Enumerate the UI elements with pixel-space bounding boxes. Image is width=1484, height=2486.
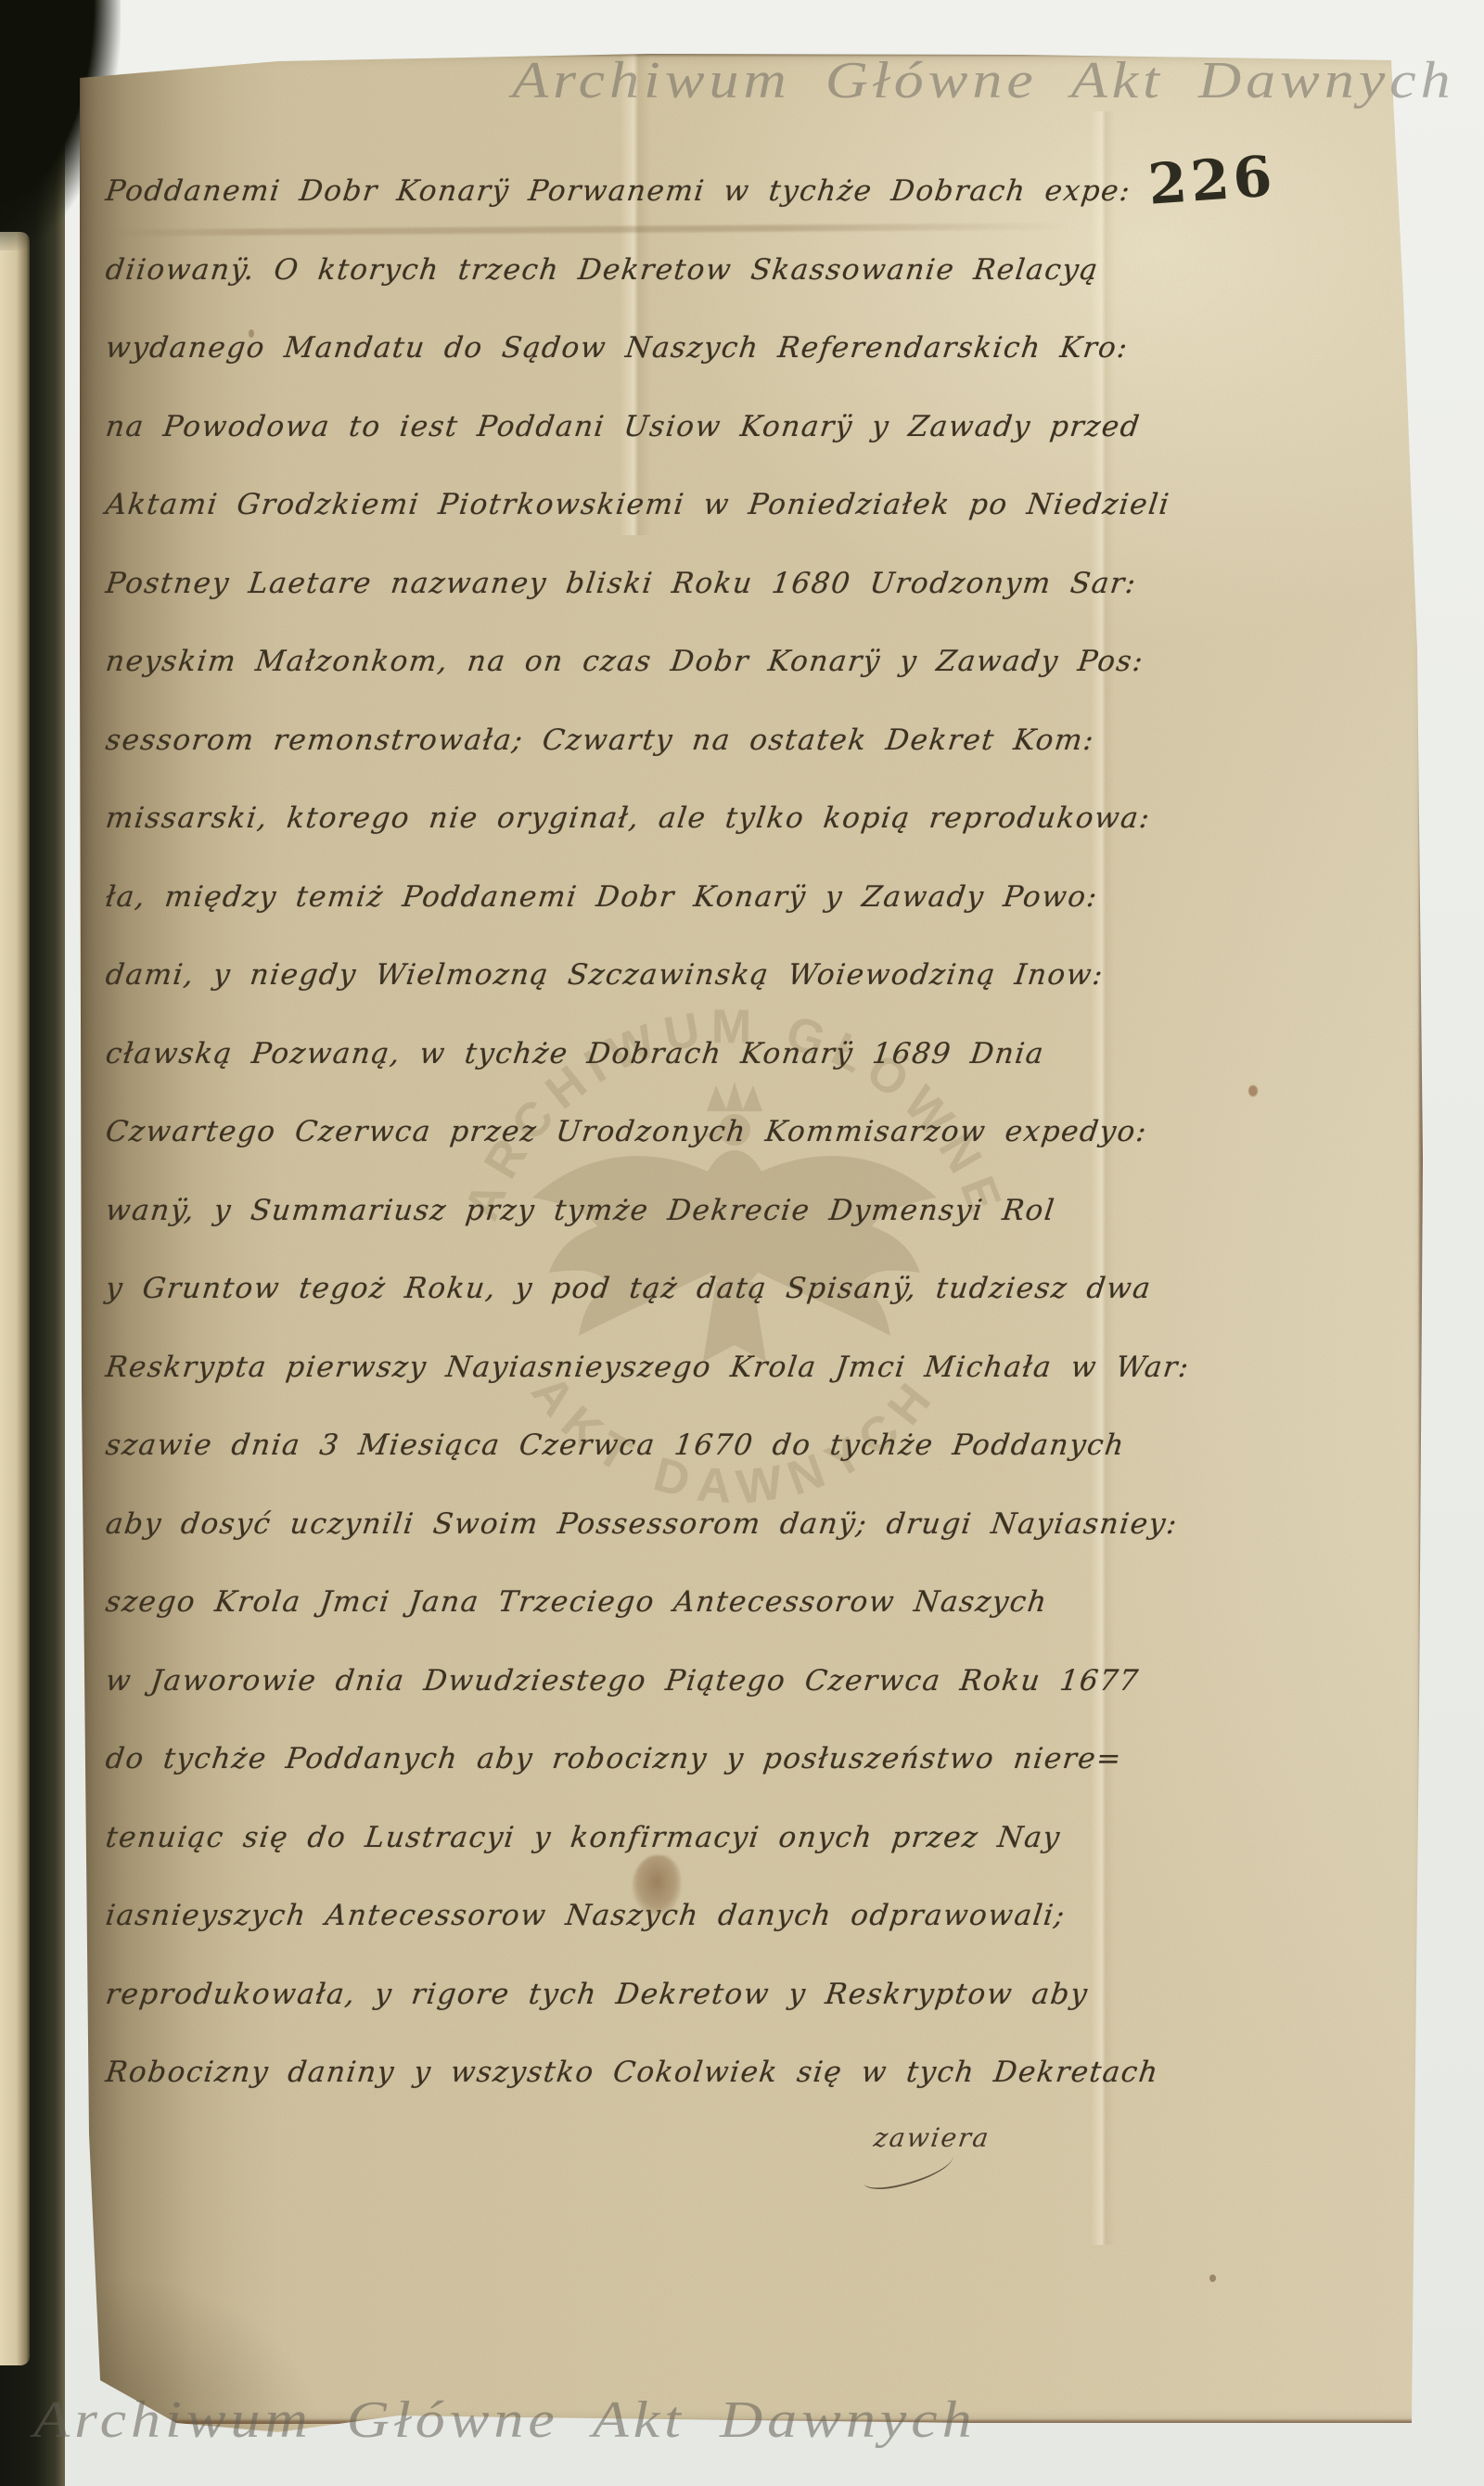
scanned-manuscript: ARCHIWUM GŁÓWNE AKT DAWNYCH Poddanemi — [0, 0, 1484, 2486]
manuscript-page: ARCHIWUM GŁÓWNE AKT DAWNYCH Poddanemi — [0, 0, 1484, 2486]
page-number: 226 — [1146, 144, 1278, 217]
page-edge-outline — [80, 53, 1423, 2424]
opposite-page-edge — [0, 232, 30, 2365]
